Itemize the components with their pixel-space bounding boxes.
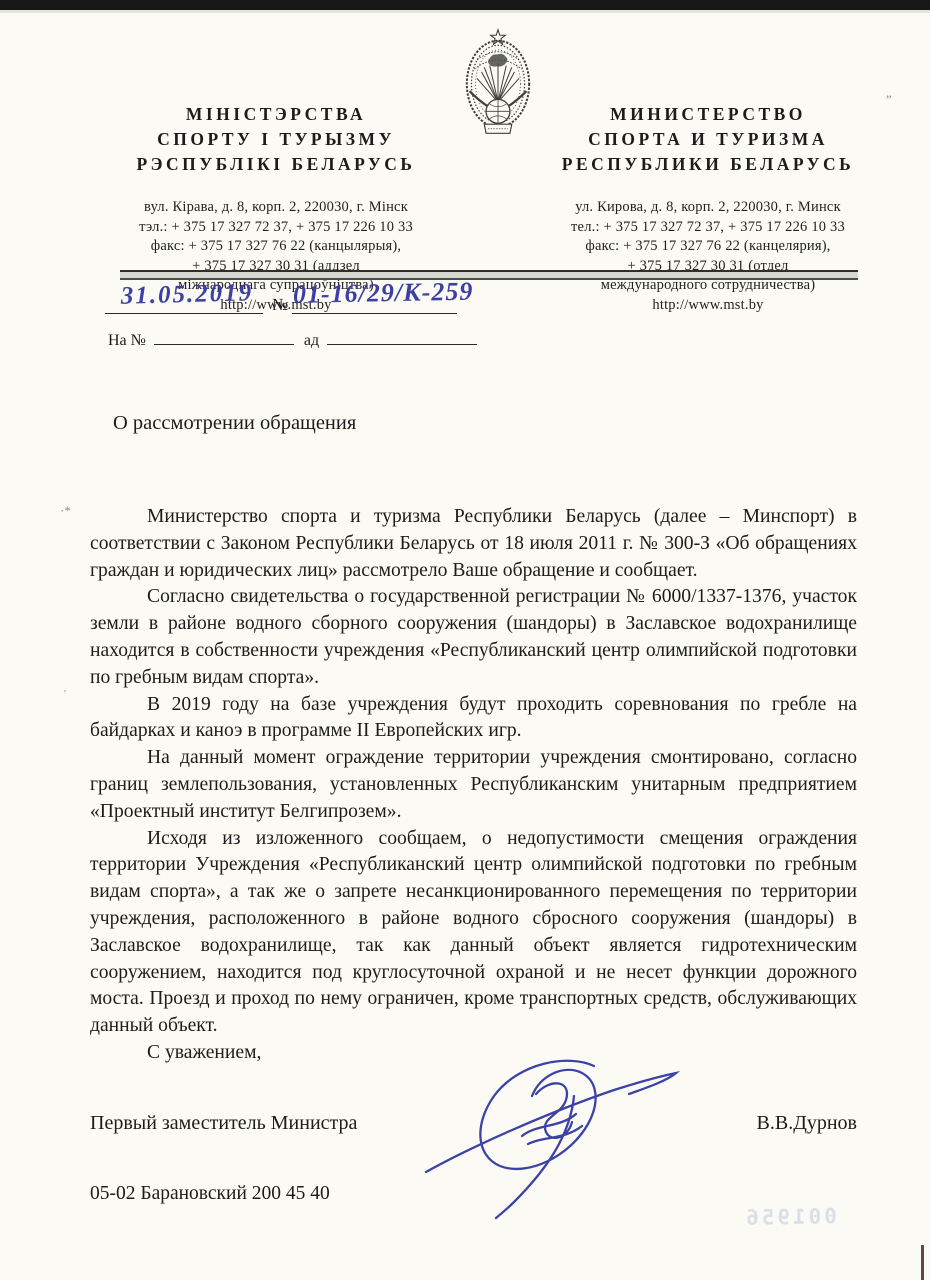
paragraph: В 2019 году на базе учреждения будут про… — [90, 692, 857, 746]
signer-name: В.В.Дурнов — [757, 1112, 857, 1135]
handwritten-signature — [424, 1052, 690, 1224]
letterhead-right: МИНИСТЕРСТВО СПОРТА И ТУРИЗМА РЕСПУБЛИКИ… — [522, 102, 894, 316]
address-line: факс: + 375 17 327 76 22 (канцелярия), — [522, 237, 894, 257]
date-underline — [105, 313, 263, 314]
reply-from-label: ад — [304, 332, 319, 349]
paragraph: Исходя из изложенного сообщаем, о недопу… — [90, 826, 857, 1040]
address-line: ул. Кирова, д. 8, корп. 2, 220030, г. Ми… — [522, 198, 894, 218]
website-link: http://www.mst.by — [522, 296, 894, 316]
paragraph-regards: С уважением, — [90, 1040, 857, 1067]
letter-body: Министерство спорта и туризма Республики… — [90, 504, 857, 1067]
executor-contact-line: 05-02 Барановский 200 45 40 — [90, 1183, 330, 1205]
reply-date-blank — [327, 330, 477, 345]
bleed-through-number: 001956 — [735, 1204, 845, 1230]
title-line: МИНИСТЕРСТВО — [522, 102, 894, 127]
scanned-letter-page: ·* ’ ” 001956 — [0, 0, 930, 1280]
scan-edge-top-shadow — [0, 10, 930, 13]
scan-edge-top — [0, 0, 930, 10]
address-line: тэл.: + 375 17 327 72 37, + 375 17 226 1… — [95, 218, 457, 238]
number-underline — [292, 313, 457, 314]
signer-title: Первый заместитель Министра — [90, 1112, 357, 1135]
reply-reference-row: На №ад — [108, 330, 477, 350]
title-line: МІНІСТЭРСТВА — [95, 102, 457, 127]
scan-speck: ’ — [63, 688, 67, 700]
letter-subject: О рассмотрении обращения — [113, 412, 356, 435]
signature-row: Первый заместитель Министра В.В.Дурнов — [90, 1112, 857, 1135]
title-line: СПОРТУ І ТУРЫЗМУ — [95, 127, 457, 152]
title-line: РЕСПУБЛИКИ БЕЛАРУСЬ — [522, 152, 894, 177]
reply-to-label: На № — [108, 332, 146, 349]
ministry-title-by: МІНІСТЭРСТВА СПОРТУ І ТУРЫЗМУ РЭСПУБЛІКІ… — [95, 102, 457, 177]
address-line: тел.: + 375 17 327 72 37, + 375 17 226 1… — [522, 218, 894, 238]
handwritten-outgoing-number: 01-16/29/К-259 — [293, 276, 503, 310]
paragraph: Министерство спорта и туризма Республики… — [90, 504, 857, 584]
reply-number-blank — [154, 330, 294, 345]
title-line: СПОРТА И ТУРИЗМА — [522, 127, 894, 152]
ministry-title-ru: МИНИСТЕРСТВО СПОРТА И ТУРИЗМА РЕСПУБЛИКИ… — [522, 102, 894, 177]
scan-speck: ·* — [60, 503, 71, 519]
ministry-address-ru: ул. Кирова, д. 8, корп. 2, 220030, г. Ми… — [522, 198, 894, 316]
address-line: факс: + 375 17 327 76 22 (канцылярыя), — [95, 237, 457, 257]
handwritten-date: 31.05.2019 — [112, 279, 263, 311]
paragraph: Согласно свидетельства о государственной… — [90, 584, 857, 691]
paragraph: На данный момент ограждение территории у… — [90, 745, 857, 825]
scan-edge-right — [921, 1245, 924, 1280]
title-line: РЭСПУБЛІКІ БЕЛАРУСЬ — [95, 152, 457, 177]
address-line: вул. Кірава, д. 8, корп. 2, 220030, г. М… — [95, 198, 457, 218]
number-sign-label: № — [272, 295, 288, 315]
